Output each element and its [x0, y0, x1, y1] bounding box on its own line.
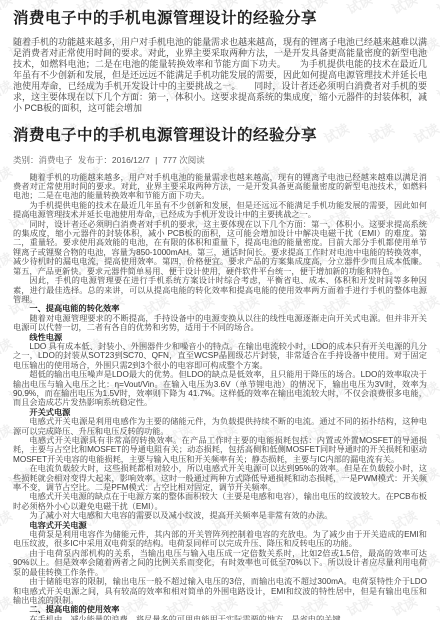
article-paragraph: 因此，手机的电源管理要在进行手机系统方案设计时综合考虑，平衡省电、成本、体积和开… — [13, 276, 427, 304]
preview-abstract: 随着手机的功能越来越多，用户对手机电池的能量需求也越来越高，现有的锂离子电池已经… — [13, 37, 427, 114]
section-heading: 一、提高电能的转化效率 — [13, 304, 427, 313]
meta-published: 发布于：2016/12/7 — [78, 155, 150, 165]
preview-title: 消费电子中的手机电源管理设计的经验分享 — [13, 10, 427, 28]
article-paragraph: 随着手机的功能越来越多，用户对手机电池的能量需求也越来越高，现有的锂离子电池已经… — [13, 173, 427, 201]
article-paragraph: 随着对电源管理要求的不断提高，手持设备中的电源变换从以往的线性电源逐渐走向开关式… — [13, 314, 427, 333]
article-paragraph: LDO 具有成本低、封装小、外围器件少和噪音小的特点。在输出电流较小时，LDO的… — [13, 342, 427, 370]
document-page: 消费电子中的手机电源管理设计的经验分享 随着手机的功能越来越多，用户对手机电池的… — [0, 0, 440, 620]
article-paragraph: 电感式开关电源的缺点在于电源方案的整体面积较大（主要是电感和电容），输出电压的纹… — [13, 492, 427, 511]
article-paragraph: 在电流负载较大时，这些损耗都相对较小，所以电感式开关电源可以达到95%的效率。但… — [13, 464, 427, 492]
article-paragraph: 由于储能电容的限制，输出电压一般不超过输入电压的3倍，而输出电流不超过300mA… — [13, 577, 427, 605]
article-meta: 类别：消费电子 发布于：2016/12/7 | 777 次阅读 — [13, 154, 427, 166]
meta-category: 类别：消费电子 — [13, 155, 73, 165]
article-body: 随着手机的功能越来越多，用户对手机电池的能量需求也越来越高，现有的锂离子电池已经… — [13, 173, 427, 620]
article-paragraph: 电荷泵是利用电容作为储能元件，其内部的开关管阵列控制着电容的充放电。为了减少由于… — [13, 530, 427, 549]
article-paragraph: 在手机中，减少能量的浪费、将尽量多的可用电能用于实际需要的地方，是省电的关键。 — [13, 615, 427, 620]
article-paragraph: 为了减小对大电感和大电容的需要以及减小纹波，提高开关频率是非常有效的办法。 — [13, 511, 427, 520]
article-paragraph: 为手机提供电能的技术在最近几年虽有不少创新和发展，但是还远远不能满足手机功能发展… — [13, 201, 427, 220]
section-heading: 线性电源 — [13, 333, 427, 342]
meta-separator: | — [155, 155, 157, 165]
article-paragraph: 超低的输出电压噪声是LDO最大的优势。但LDO的缺点是低效率，且只能用于降压的场… — [13, 370, 427, 408]
section-heading: 电容式开关电源 — [13, 521, 427, 530]
section-heading: 开关式电源 — [13, 408, 427, 417]
article-title: 消费电子中的手机电源管理设计的经验分享 — [13, 127, 427, 145]
article-paragraph: 电感式开关电源是利用电感作为主要的储能元件，为负载提供持续不断的电流。通过不同的… — [13, 417, 427, 436]
article-paragraph: 同时，设计者还必须明白消费者对手机的要求，这主要体现在以下几个方面：第一，体积小… — [13, 220, 427, 276]
article-paragraph: 由于电荷泵内部机构的关系，当输出电压与输入电压成一定倍数关系时，比如2倍或1.5… — [13, 549, 427, 577]
article-paragraph: 电感式开关电源具有非常高的转换效率。在产品工作时主要的电能损耗包括：内置或外置M… — [13, 436, 427, 464]
meta-read-count: 777 次阅读 — [163, 155, 205, 165]
section-heading: 二、提高电能的使用效率 — [13, 605, 427, 614]
